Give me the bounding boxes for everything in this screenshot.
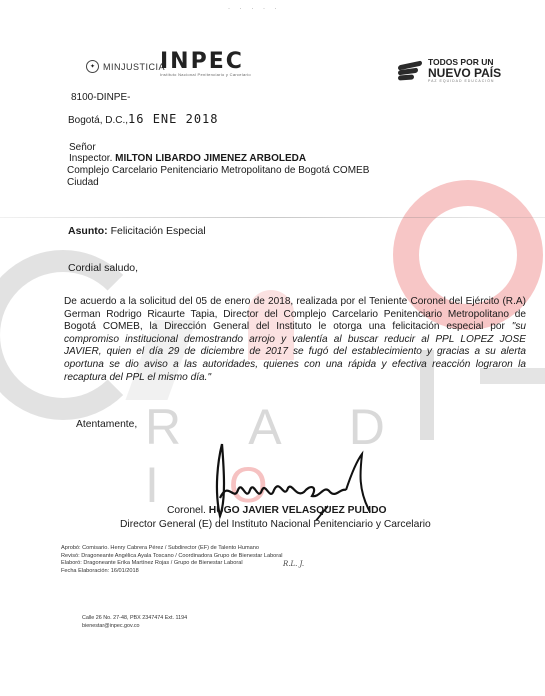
date-place: Bogotá, D.C.,	[68, 115, 128, 126]
paper-fold-line	[0, 217, 545, 218]
subject-label: Asunto:	[68, 225, 108, 237]
subject-value: Felicitación Especial	[111, 225, 206, 237]
signatory-name: HUGO JAVIER VELASQUEZ PULIDO	[209, 505, 387, 516]
campaign-line-3: PAZ EQUIDAD EDUCACIÓN	[428, 79, 501, 83]
approval-note: Fecha Elaboración: 16/01/2018	[61, 568, 283, 576]
letter-page: R A D I O · · · · · ✦ MINJUSTICIA INPEC …	[0, 0, 545, 696]
footer-address: Calle 26 No. 27-48, PBX 2347474 Ext. 119…	[82, 614, 187, 630]
inpec-tagline: Instituto Nacional Penitenciario y Carce…	[160, 72, 251, 77]
inpec-logo: INPEC Instituto Nacional Penitenciario y…	[160, 52, 251, 77]
closing: Atentamente,	[76, 419, 137, 430]
date-line: Bogotá, D.C.,16 ENE 2018	[68, 112, 219, 126]
letter-body: De acuerdo a la solicitud del 05 de ener…	[64, 296, 526, 384]
subject-line: Asunto: Felicitación Especial	[68, 225, 206, 237]
inpec-wordmark: INPEC	[160, 52, 251, 72]
recipient-rank: Inspector.	[69, 153, 112, 164]
date-stamp: 16 ENE 2018	[128, 112, 218, 126]
approval-note: Aprobó: Comisario. Henry Cabrera Pérez /…	[61, 545, 283, 553]
todos-por-un-nuevo-pais-logo: TODOS POR UN NUEVO PAÍS PAZ EQUIDAD EDUC…	[398, 58, 501, 83]
minjusticia-logo: ✦ MINJUSTICIA	[86, 60, 165, 73]
scan-dots: · · · · ·	[228, 6, 281, 12]
handwritten-initials: R.L. J.	[283, 560, 304, 568]
recipient-city: Ciudad	[67, 177, 99, 188]
recipient-organization: Complejo Carcelario Penitenciario Metrop…	[67, 165, 369, 176]
ministry-name: MINJUSTICIA	[103, 62, 165, 72]
coat-of-arms-icon: ✦	[86, 60, 99, 73]
approval-notes: Aprobó: Comisario. Henry Cabrera Pérez /…	[61, 545, 283, 575]
body-intro: De acuerdo a la solicitud del 05 de ener…	[64, 296, 526, 332]
campaign-line-2: NUEVO PAÍS	[428, 67, 501, 79]
approval-note: Revisó: Dragoneante Angélica Ayala Tosca…	[61, 553, 283, 561]
signatory-line: Coronel. HUGO JAVIER VELASQUEZ PULIDO	[167, 505, 387, 516]
signatory-rank: Coronel.	[167, 505, 206, 516]
signatory-role: Director General (E) del Instituto Nacio…	[120, 519, 431, 530]
swirl-flag-icon	[398, 60, 424, 82]
reference-number: 8100-DINPE-	[71, 92, 130, 103]
address-line: Calle 26 No. 27-48, PBX 2347474 Ext. 119…	[82, 614, 187, 622]
recipient-name: MILTON LIBARDO JIMENEZ ARBOLEDA	[115, 153, 306, 164]
approval-note: Elaboró: Dragoneante Erika Martínez Roja…	[61, 560, 283, 568]
recipient-title: Señor	[69, 142, 96, 153]
email-address: bienestar@inpec.gov.co	[82, 622, 187, 630]
recipient-name-line: Inspector. MILTON LIBARDO JIMENEZ ARBOLE…	[69, 153, 306, 164]
greeting: Cordial saludo,	[68, 262, 138, 274]
